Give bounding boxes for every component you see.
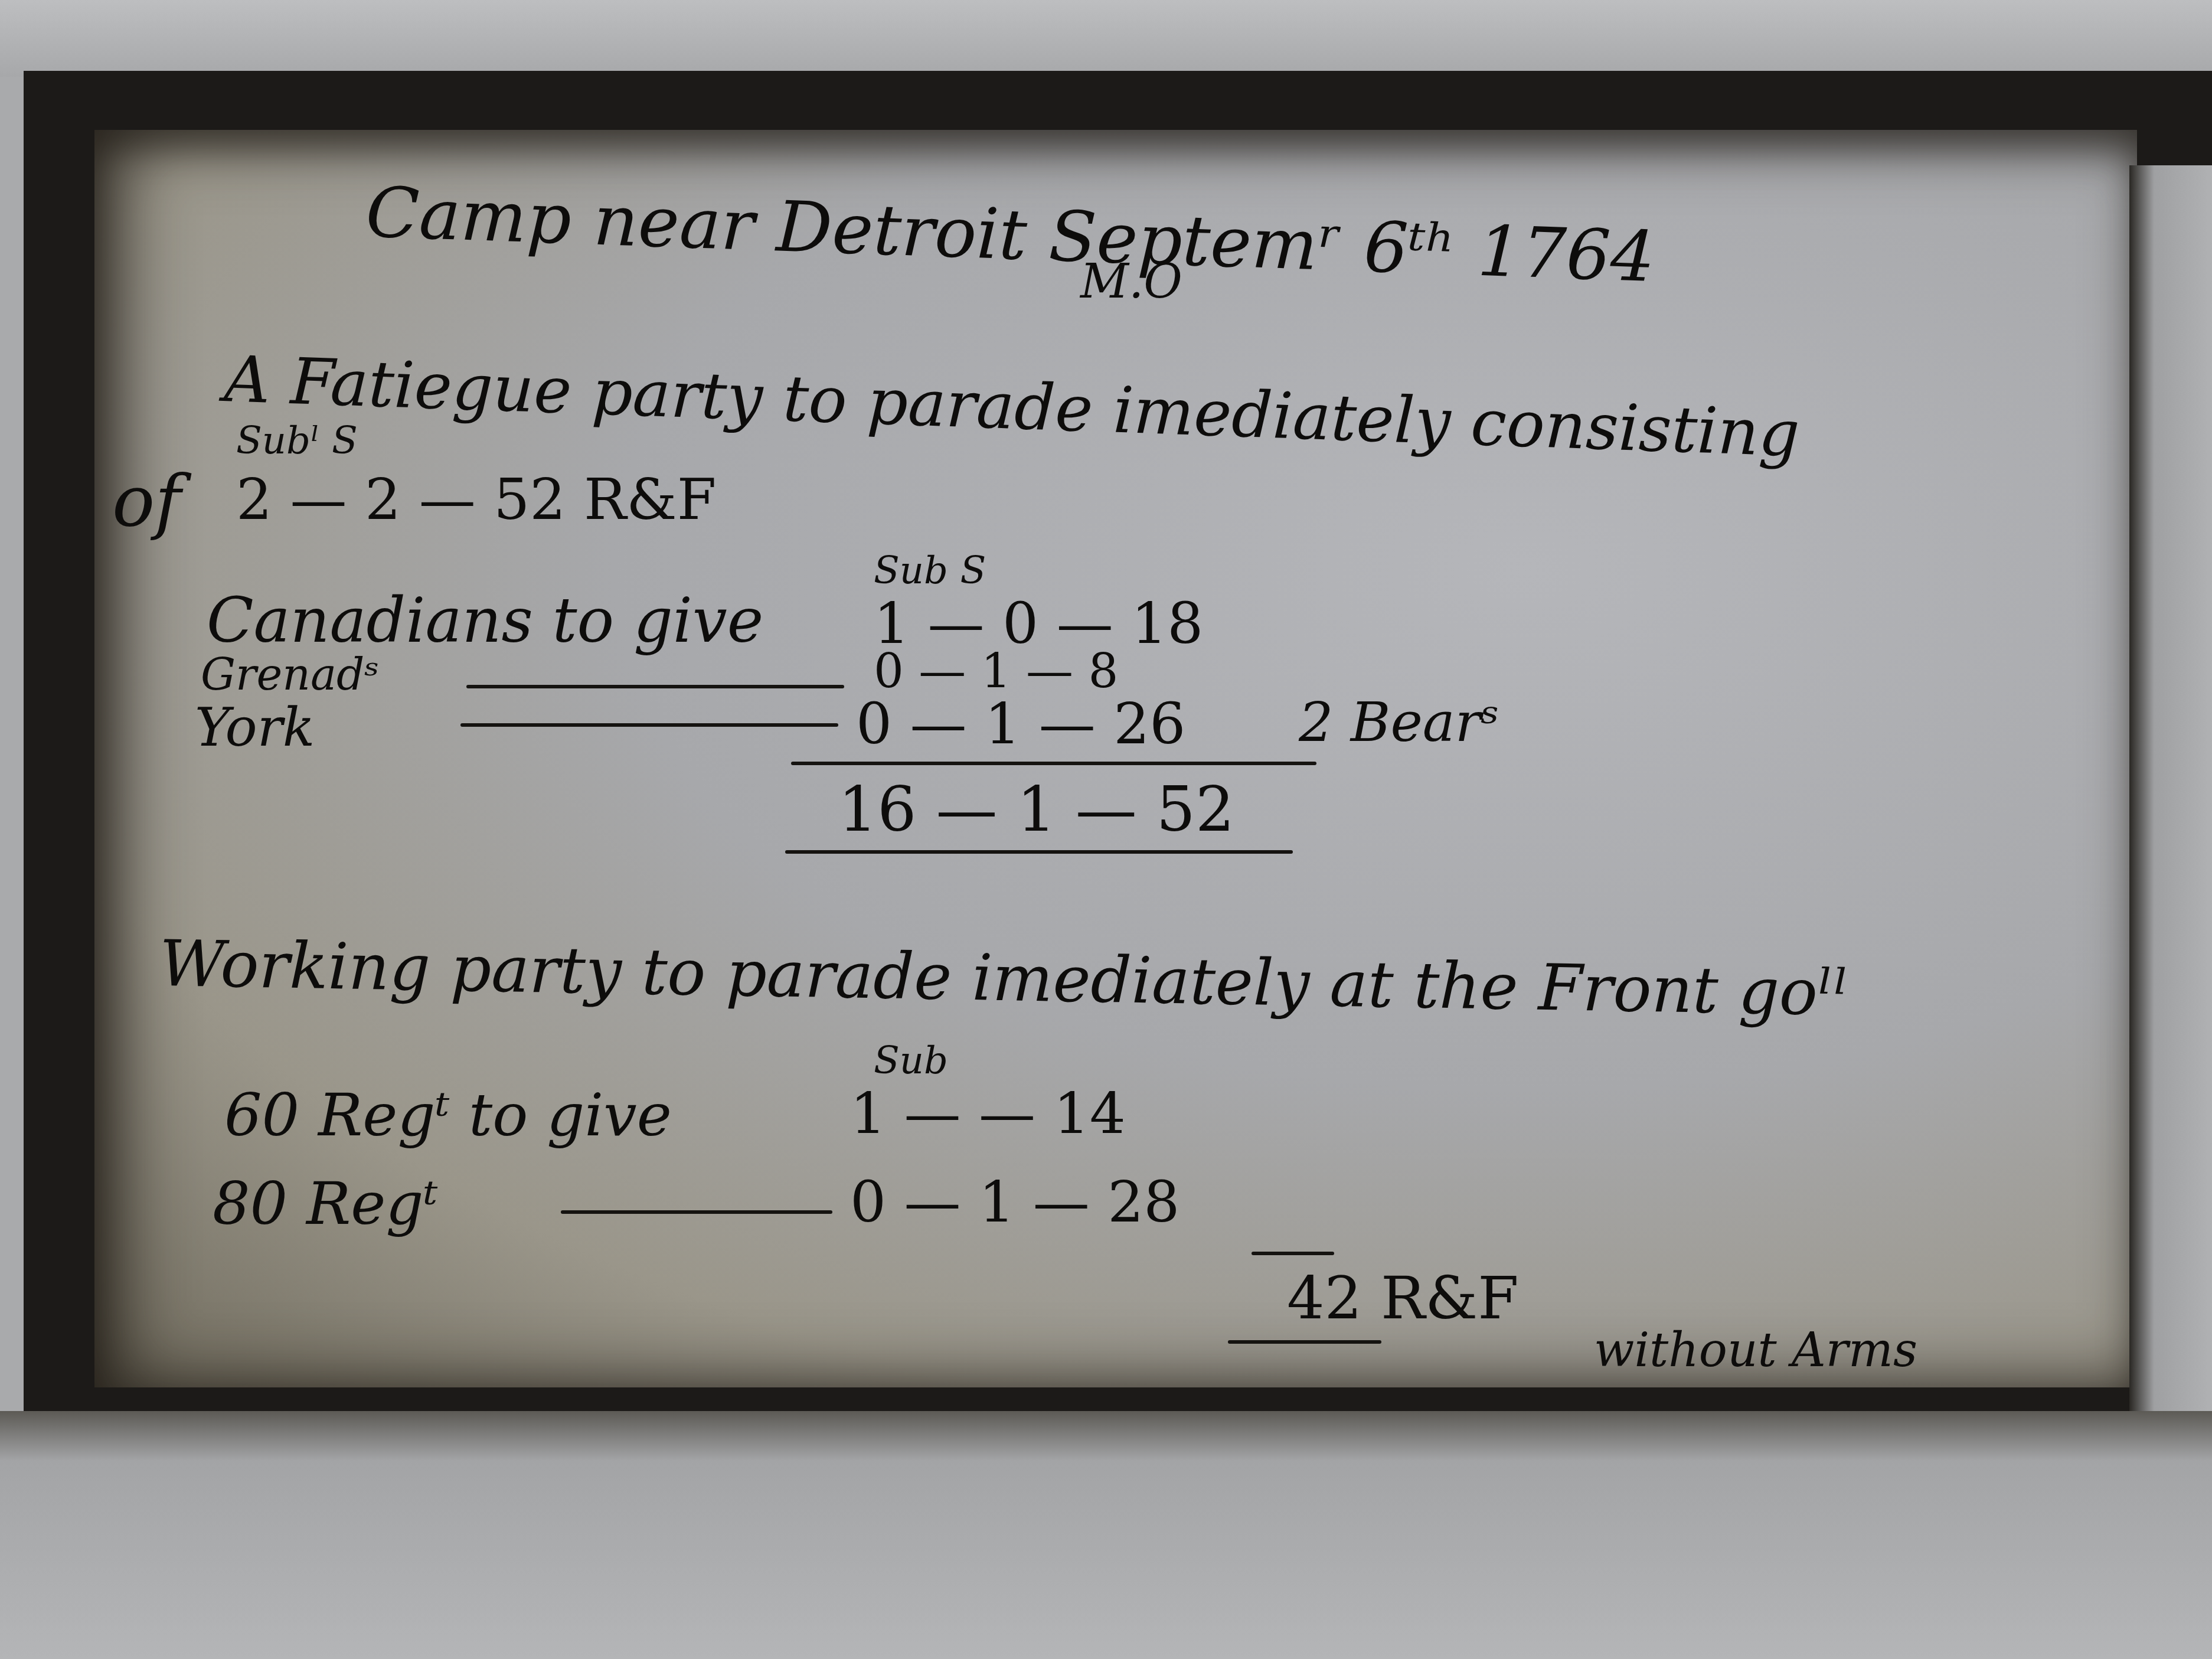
without-arms-note: without Arms bbox=[1594, 1322, 1917, 1377]
80th-regiment-values: 0 — 1 — 28 bbox=[850, 1169, 1179, 1235]
grenadiers-rule bbox=[466, 685, 844, 688]
sum-rule bbox=[791, 762, 1316, 765]
fatigue-total: 16 — 1 — 52 bbox=[838, 773, 1234, 845]
top-margin bbox=[0, 0, 2212, 77]
canadians-label: Canadians to give bbox=[207, 584, 763, 657]
york-rule bbox=[460, 723, 838, 727]
fatigue-party-values: 2 — 2 — 52 R&F bbox=[236, 466, 716, 533]
working-sum-rule bbox=[1252, 1252, 1334, 1255]
working-total: 42 R&F bbox=[1287, 1263, 1519, 1333]
bottom-margin bbox=[0, 1411, 2212, 1659]
sub-s-header: Subˡ S bbox=[236, 419, 358, 463]
york-values: 0 — 1 — 26 bbox=[856, 691, 1185, 757]
total-underline bbox=[785, 850, 1293, 854]
grenadiers-label: Grenadˢ bbox=[201, 649, 379, 700]
york-label: York bbox=[195, 697, 315, 759]
next-page-edge bbox=[2129, 165, 2212, 1435]
60th-regiment-label: 60 Regᵗ to give bbox=[224, 1080, 672, 1149]
of-label: of bbox=[112, 461, 181, 543]
canadians-sub-header: Sub S bbox=[874, 549, 986, 593]
80th-regiment-label: 80 Regᵗ bbox=[213, 1169, 438, 1238]
80th-regiment-rule bbox=[561, 1210, 832, 1214]
working-sub-header: Sub bbox=[874, 1039, 948, 1083]
working-total-underline bbox=[1228, 1340, 1381, 1344]
page-subheading: M.O bbox=[1080, 254, 1182, 309]
bearers-note: 2 Bearˢ bbox=[1299, 691, 1499, 754]
60th-regiment-values: 1 — — 14 bbox=[850, 1080, 1126, 1147]
